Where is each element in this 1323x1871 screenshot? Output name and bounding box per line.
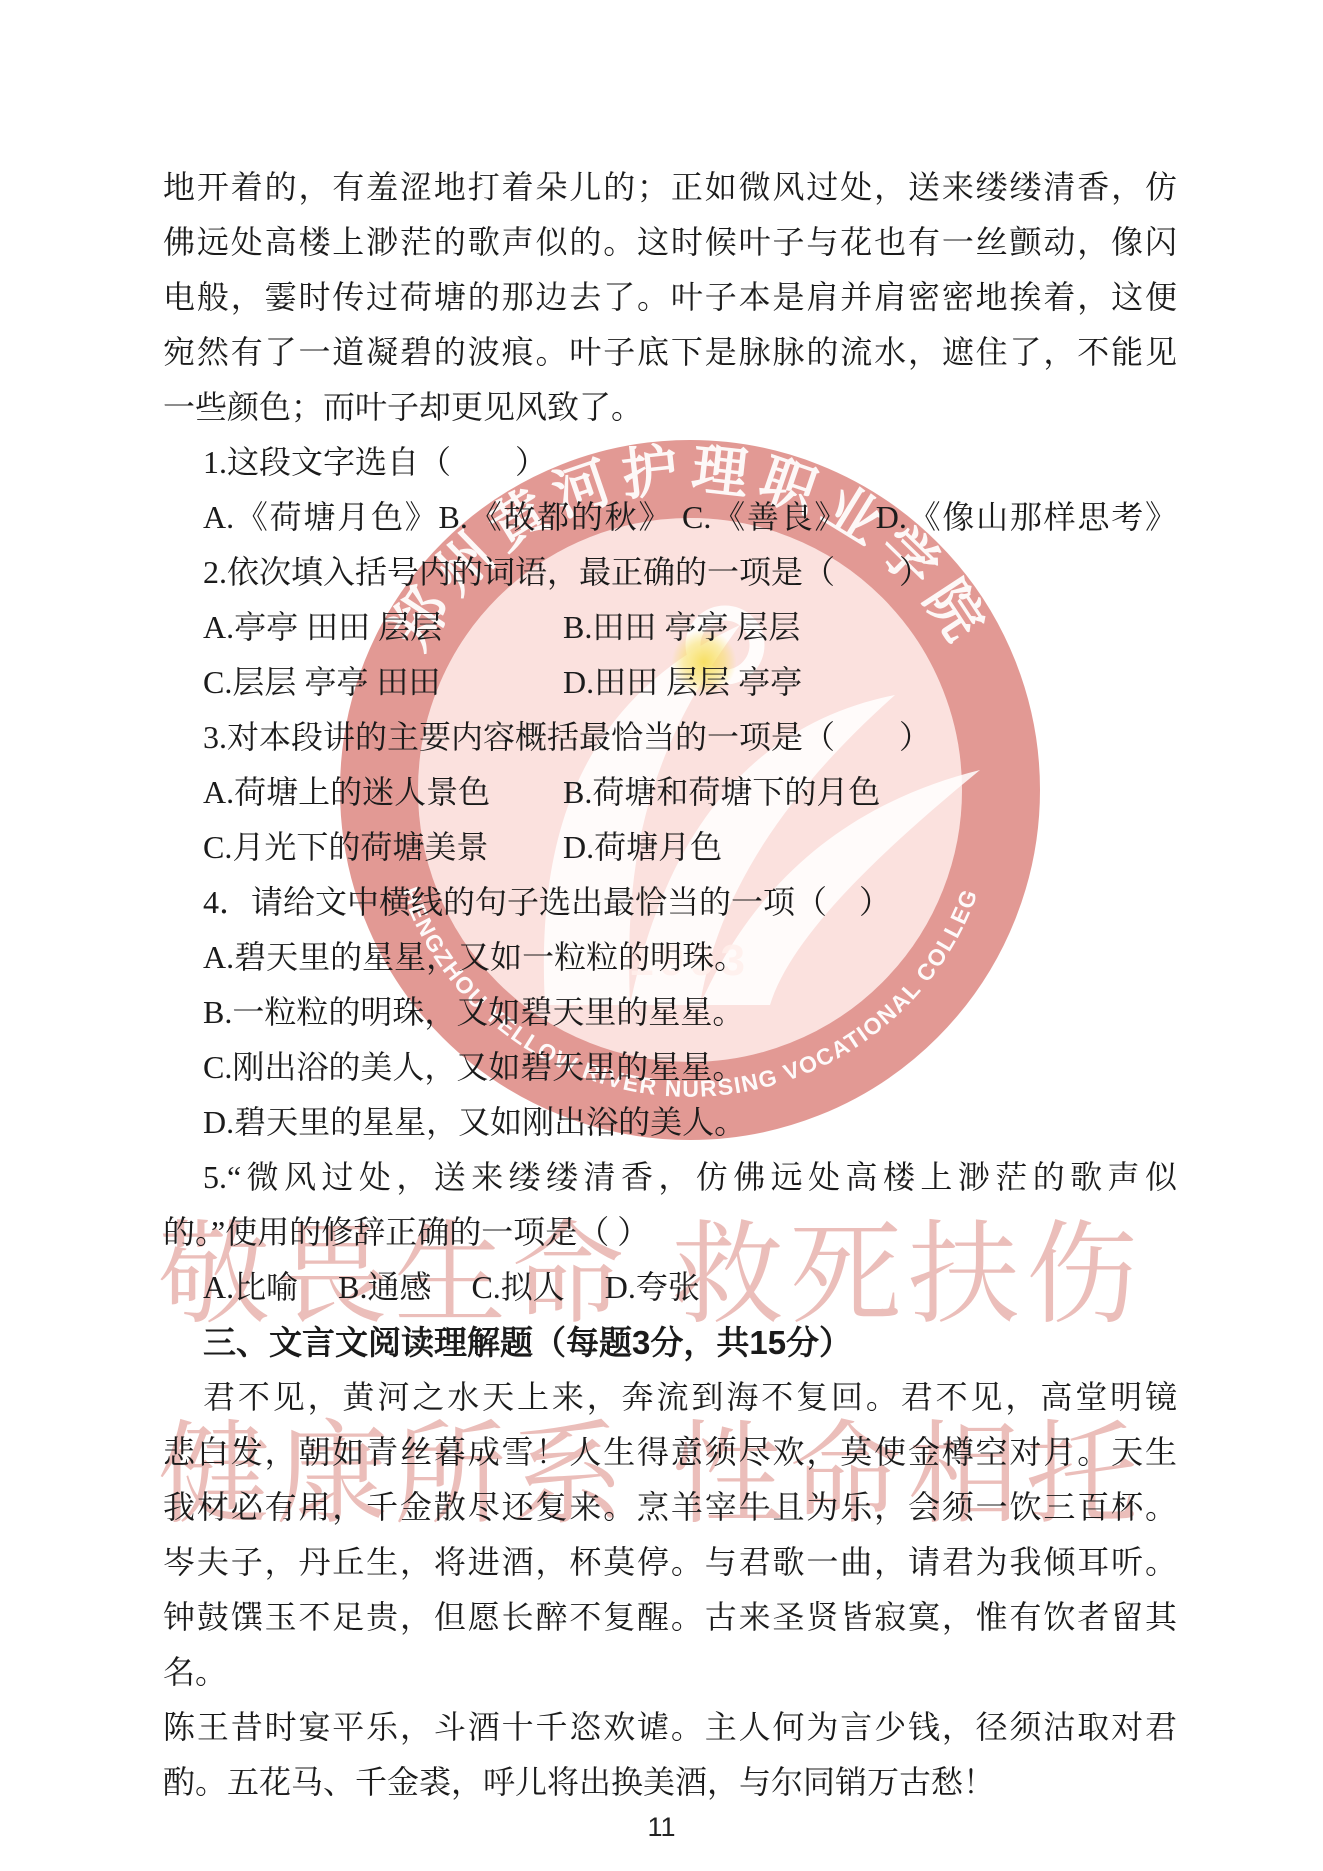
q2-option-b: B.田田 亭亭 层层: [563, 600, 800, 655]
section-heading: 三、文言文阅读理解题（每题3分，共15分）: [163, 1315, 1177, 1370]
q4-stem: 4．请给文中横线的句子选出最恰当的一项（ ）: [163, 875, 1177, 930]
q3-option-c: C.月光下的荷塘美景: [203, 829, 488, 865]
intro-line-3: 电般，霎时传过荷塘的那边去了。叶子本是肩并肩密密地挨着，这便: [163, 270, 1177, 325]
poem2-line-2: 酌。五花马、千金裘，呼儿将出换美酒，与尔同销万古愁！: [163, 1755, 1177, 1810]
q1-options-line: A.《荷塘月色》B.《故都的秋》 C.《善良》 D.《像山那样思考》: [163, 490, 1177, 545]
poem-line-4: 岑夫子，丹丘生，将进酒，杯莫停。与君歌一曲，请君为我倾耳听。: [163, 1535, 1177, 1590]
q3-option-b: B.荷塘和荷塘下的月色: [563, 765, 880, 820]
q3-option-d: D.荷塘月色: [563, 820, 722, 875]
q2-option-d: D.田田 层层 亭亭: [563, 655, 802, 710]
q4-option-b: B.一粒粒的明珠，又如碧天里的星星。: [163, 985, 1177, 1040]
q4-option-c: C.刚出浴的美人，又如碧天里的星星。: [163, 1040, 1177, 1095]
document-body: 地开着的，有羞涩地打着朵儿的；正如微风过处，送来缕缕清香，仿 佛远处高楼上渺茫的…: [163, 160, 1177, 1810]
q5-stem-line-1: 5.“微风过处，送来缕缕清香，仿佛远处高楼上渺茫的歌声似: [163, 1150, 1177, 1205]
q2-options-row-1: A.亭亭 田田 层层 B.田田 亭亭 层层: [163, 600, 1177, 655]
q2-option-c: C.层层 亭亭 田田: [203, 664, 440, 700]
poem-line-6: 名。: [163, 1645, 1177, 1700]
q2-option-a: A.亭亭 田田 层层: [203, 609, 442, 645]
poem-line-2: 悲白发，朝如青丝暮成雪！人生得意须尽欢，莫使金樽空对月。天生: [163, 1425, 1177, 1480]
intro-line-2: 佛远处高楼上渺茫的歌声似的。这时候叶子与花也有一丝颤动，像闪: [163, 215, 1177, 270]
page-number: 11: [0, 1812, 1323, 1843]
q3-stem: 3.对本段讲的主要内容概括最恰当的一项是（ ）: [163, 710, 1177, 765]
q2-options-row-2: C.层层 亭亭 田田 D.田田 层层 亭亭: [163, 655, 1177, 710]
q5-stem-line-2: 的。”使用的修辞正确的一项是（ ）: [163, 1205, 1177, 1260]
q3-options-row-2: C.月光下的荷塘美景 D.荷塘月色: [163, 820, 1177, 875]
poem-line-5: 钟鼓馔玉不足贵，但愿长醉不复醒。古来圣贤皆寂寞，惟有饮者留其: [163, 1590, 1177, 1645]
intro-line-1: 地开着的，有羞涩地打着朵儿的；正如微风过处，送来缕缕清香，仿: [163, 160, 1177, 215]
poem2-line-1: 陈王昔时宴平乐，斗酒十千恣欢谑。主人何为言少钱，径须沽取对君: [163, 1700, 1177, 1755]
q3-options-row-1: A.荷塘上的迷人景色 B.荷塘和荷塘下的月色: [163, 765, 1177, 820]
exam-paper-page: 敬畏生命 救死扶伤 健康所系 性命相托 郑州黄河护理职业学院 ZHENGZHOU…: [0, 0, 1323, 1871]
q4-option-d: D.碧天里的星星，又如刚出浴的美人。: [163, 1095, 1177, 1150]
q1-stem: 1.这段文字选自（ ）: [163, 435, 1177, 490]
q4-option-a: A.碧天里的星星，又如一粒粒的明珠。: [163, 930, 1177, 985]
intro-line-5: 一些颜色；而叶子却更见风致了。: [163, 380, 1177, 435]
q5-options-line: A.比喻 B.通感 C.拟人 D.夸张: [163, 1260, 1177, 1315]
poem-line-3: 我材必有用，千金散尽还复来。烹羊宰牛且为乐，会须一饮三百杯。: [163, 1480, 1177, 1535]
poem-line-1: 君不见，黄河之水天上来，奔流到海不复回。君不见，高堂明镜: [163, 1370, 1177, 1425]
q2-stem: 2.依次填入括号内的词语，最正确的一项是（ ）: [163, 545, 1177, 600]
q3-option-a: A.荷塘上的迷人景色: [203, 774, 490, 810]
intro-line-4: 宛然有了一道凝碧的波痕。叶子底下是脉脉的流水，遮住了，不能见: [163, 325, 1177, 380]
